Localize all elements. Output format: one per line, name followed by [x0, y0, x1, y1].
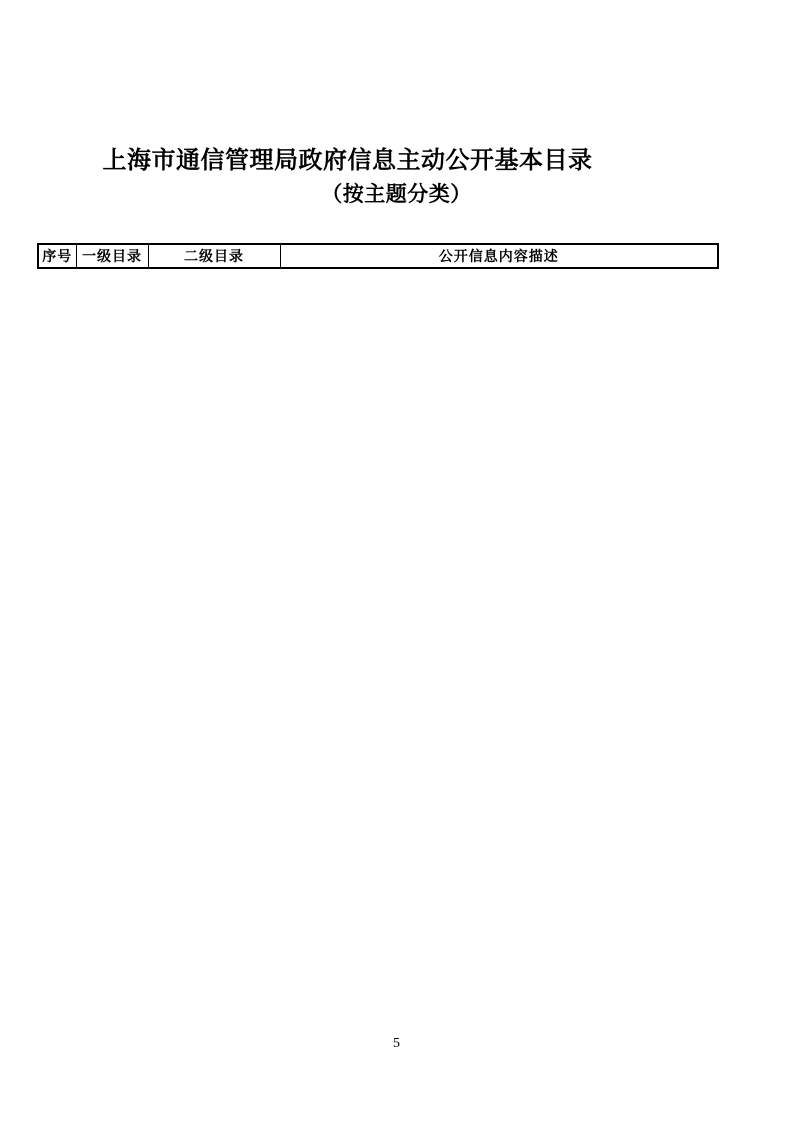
document-subtitle: （按主题分类）: [0, 178, 793, 208]
catalog-table: 序号 一级目录 二级目录 公开信息内容描述: [37, 243, 719, 269]
page-number: 5: [0, 1036, 793, 1052]
table-header-row: 序号 一级目录 二级目录 公开信息内容描述: [38, 244, 718, 268]
document-title: 上海市通信管理局政府信息主动公开基本目录: [0, 140, 744, 175]
column-header-no: 序号: [38, 244, 76, 268]
column-header-description: 公开信息内容描述: [280, 244, 718, 268]
column-header-level2: 二级目录: [148, 244, 280, 268]
column-header-level1: 一级目录: [76, 244, 148, 268]
document-page: 上海市通信管理局政府信息主动公开基本目录 （按主题分类） 序号 一级目录 二级目…: [0, 0, 793, 1122]
